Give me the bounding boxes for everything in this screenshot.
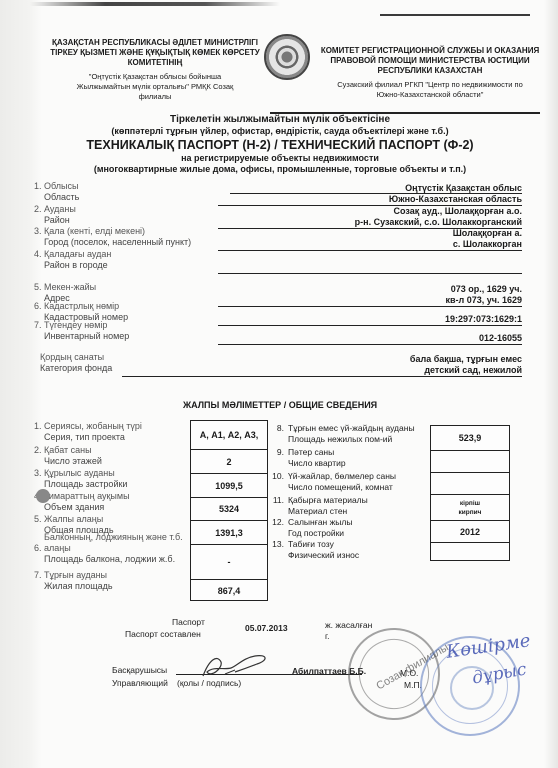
general-field-label-kz: Қабат саны [44,445,92,455]
general-right-label-ru: Число помещений, комнат [270,482,396,493]
general-field-label-kz: Ғимараттың ауқымы [44,491,130,501]
field-label-kz: Түгендеу нөмір [44,320,107,330]
general-value-cell: 5324 [191,498,267,521]
field-label: 4.Қаладағы ауданРайон в городе [34,249,111,271]
general-right-value-cell: 2012 [431,521,509,543]
field-label-ru: Область [44,192,79,202]
general-field-label: 1.Сериясы, жобаның түріСерия, тип проект… [34,421,142,443]
header-right-line1: КОМИТЕТ РЕГИСТРАЦИОННОЙ СЛУЖБЫ И ОКАЗАНИ… [318,46,542,56]
general-right-label-ru: Число квартир [270,458,346,469]
field-number: 6. [34,301,44,312]
field-underline [122,376,522,377]
passport-label-kz: Паспорт [172,617,205,627]
general-right-values-table: 523,9кірпішкирпич2012 [430,425,510,561]
general-field-label: 6.Балконның, лоджияның және т.б. алаңыПл… [34,532,194,565]
general-field-number: 3. [34,468,44,479]
general-right-field-number: 9. [270,447,284,458]
field-value-ru: с. Шолаккорган [262,239,522,250]
general-right-value-cell [431,543,509,562]
general-section-title: ЖАЛПЫ МӘЛІМЕТТЕР / ОБЩИЕ СВЕДЕНИЯ [183,400,377,410]
field-value-ru: 012-16055 [262,333,522,344]
field-underline [230,193,522,194]
field-value-kz: бала бақша, тұрғын емес [262,354,522,365]
general-right-field-label: 13.Табиғи тозуФизический износ [270,539,359,560]
general-right-field-label: 11.Қабырға материалыМатериал стен [270,495,368,516]
header-right: КОМИТЕТ РЕГИСТРАЦИОННОЙ СЛУЖБЫ И ОКАЗАНИ… [318,46,542,100]
field-label: 2.АуданыРайон [34,204,76,226]
field-label-kz: Ауданы [44,204,76,214]
header-left: ҚАЗАҚСТАН РЕСПУБЛИКАСЫ ӘДІЛЕТ МИНИСТРЛІГ… [50,38,260,102]
hole-punch-mark [36,489,50,503]
wall-material-ru: кирпич [459,508,482,517]
field-label-kz: Облысы [44,181,78,191]
general-right-label-ru: Материал стен [270,506,368,517]
general-right-label-kz: Пәтер саны [288,447,334,457]
general-value-cell: 867,4 [191,580,267,602]
wall-material-kz: кірпіш [460,499,480,508]
field-value: бала бақша, тұрғын емесдетский сад, нежи… [262,354,522,376]
general-right-value-cell: кірпішкирпич [431,495,509,521]
manager-label-ru: Управляющий [112,678,168,688]
field-number: 5. [34,282,44,293]
general-field-label-ru: Число этажей [34,456,102,467]
field-value-ru: р-н. Сузакский, с.о. Шолаккорганский [262,217,522,228]
general-right-label-kz: Салынған жылы [288,517,352,527]
field-value: Оңтүстік Қазақстан облысЮжно-Казахстанск… [262,183,522,205]
general-left-values-table: А, А1, А2, А3,21099,553241391,3-867,4 [190,420,268,601]
general-value-cell: 1391,3 [191,521,267,545]
made-label-ru: г. [325,631,329,641]
field-label-kz: Қаладағы аудан [44,249,111,259]
field-label-kz: Кадастрлық нөмір [44,301,119,311]
general-field-label-ru: Серия, тип проекта [34,432,142,443]
general-right-value-cell: 523,9 [431,426,509,451]
general-right-field-label: 12.Салынған жылыГод постройки [270,517,352,538]
header-left-line3: КОМИТЕТІНІҢ [50,58,260,68]
field-label: 7.Түгендеу нөмірИнвентарный номер [34,320,129,342]
field-label-ru: Район в городе [44,260,108,270]
header-right-sub1: Сузакский филиал РГКП "Центр по недвижим… [318,80,542,90]
title-ru-line1: на регистрируемые объекты недвижимости [40,153,520,164]
field-label: Қордың санатыКатегория фонда [40,352,112,374]
header-left-sub3: филиалы [50,92,260,102]
field-value-kz: Созақ ауд., Шолаққорған а.о. [262,206,522,217]
field-value-kz [262,303,522,314]
field-number: 7. [34,320,44,331]
document-title: ТЕХНИКАЛЫҚ ПАСПОРТ (Н-2) / ТЕХНИЧЕСКИЙ П… [40,137,520,153]
general-right-field-number: 8. [270,423,284,434]
field-value: 012-16055 [262,322,522,344]
field-label-ru: Инвентарный номер [44,331,129,341]
general-right-label-ru: Площадь нежилых пом-ий [270,434,415,445]
general-field-number: 5. [34,514,44,525]
general-field-number: 7. [34,570,44,581]
field-value-kz [262,251,522,262]
field-label-kz: Қала (кенті, елді мекені) [44,226,145,236]
general-right-label-ru: Год постройки [270,528,352,539]
general-field-label-kz: Құрылыс ауданы [44,468,115,478]
general-right-value-cell [431,473,509,495]
general-field-label: 3.Құрылыс ауданыПлощадь застройки [34,468,127,490]
general-right-field-label: 8.Тұрғын емес үй-жайдың ауданыПлощадь не… [270,423,415,444]
general-right-value-cell [431,451,509,473]
title-kz-line1: Тіркелетін жылжымайтын мүлік объектісіне [40,113,520,126]
field-underline [218,273,522,274]
general-right-label-kz: Үй-жайлар, бөлмелер саны [288,471,396,481]
page-left-edge-shadow [0,0,42,768]
made-label-kz: ж. жасалған [325,620,372,630]
general-field-label-ru: Объем здания [34,502,130,513]
general-field-label-ru: Площадь балкона, лоджии ж.б. [34,554,194,565]
general-right-label-kz: Табиғи тозу [288,539,334,549]
field-underline [218,344,522,345]
field-value-kz [262,322,522,333]
general-field-label-ru: Площадь застройки [34,479,127,490]
field-number: 4. [34,249,44,260]
title-kz-line2: (көппәтерлі тұрғын үйлер, офистар, өндір… [40,126,520,137]
page-top-edge-line-right [380,14,530,16]
general-right-field-number: 12. [270,517,284,528]
general-right-field-number: 11. [270,495,284,506]
general-right-field-label: 9.Пәтер саныЧисло квартир [270,447,346,468]
general-field-label-kz: Жалпы алаңы [44,514,103,524]
general-field-label: 7.Тұрғын ауданыЖилая площадь [34,570,113,592]
general-field-number: 1. [34,421,44,432]
general-field-number: 6. [34,543,44,554]
general-field-label-kz: Балконның, лоджияның және т.б. алаңы [44,532,194,554]
field-label: 1.ОблысыОбласть [34,181,79,203]
page-right-edge-shadow [544,0,558,768]
kazakhstan-emblem-icon [264,34,310,80]
field-label-ru: Район [44,215,70,225]
field-value: Шолаққорған а.с. Шолаккорган [262,228,522,250]
title-ru-line2: (многоквартирные жилые дома, офисы, пром… [40,164,520,175]
passport-date: 05.07.2013 [245,623,288,633]
manager-label-kz: Басқарушысы [112,665,167,675]
field-number: 2. [34,204,44,215]
general-right-field-label: 10.Үй-жайлар, бөлмелер саныЧисло помещен… [270,471,396,492]
field-label-ru: Город (поселок, населенный пункт) [44,237,191,247]
page-top-edge-line [30,2,280,6]
field-number: 1. [34,181,44,192]
document-page: ҚАЗАҚСТАН РЕСПУБЛИКАСЫ ӘДІЛЕТ МИНИСТРЛІГ… [0,0,558,768]
field-value-kz: 073 ор., 1629 уч. [262,284,522,295]
header-left-line1: ҚАЗАҚСТАН РЕСПУБЛИКАСЫ ӘДІЛЕТ МИНИСТРЛІГ… [50,38,260,48]
field-value-ru: Южно-Казахстанская область [262,194,522,205]
general-right-field-number: 10. [270,471,284,482]
field-number: 3. [34,226,44,237]
field-label-ru: Категория фонда [40,363,112,373]
general-value-cell: 1099,5 [191,474,267,498]
field-label: 3.Қала (кенті, елді мекені)Город (посело… [34,226,191,248]
general-field-label: 2.Қабат саныЧисло этажей [34,445,102,467]
general-value-cell: - [191,545,267,580]
manager-signature-icon [195,650,275,684]
general-value-cell: А, А1, А2, А3, [191,421,267,450]
general-right-label-kz: Қабырға материалы [288,495,368,505]
field-value-ru: детский сад, нежилой [262,365,522,376]
general-right-label-ru: Физический износ [270,550,359,561]
general-value-cell: 2 [191,450,267,474]
passport-label-ru: Паспорт составлен [125,629,201,639]
header-left-sub1: "Оңтүстік Қазақстан облысы бойынша [50,72,260,82]
field-label-kz: Қордың санаты [40,352,104,362]
field-label-kz: Мекен-жайы [44,282,96,292]
general-right-field-number: 13. [270,539,284,550]
header-right-line3: РЕСПУБЛИКИ КАЗАХСТАН [318,66,542,76]
general-field-label-ru: Жилая площадь [34,581,113,592]
general-right-label-kz: Тұрғын емес үй-жайдың ауданы [288,423,415,433]
general-field-label-kz: Сериясы, жобаның түрі [44,421,142,431]
general-field-number: 2. [34,445,44,456]
field-value [262,251,522,262]
title-block: Тіркелетін жылжымайтын мүлік объектісіне… [40,113,520,175]
field-value-kz: Шолаққорған а. [262,228,522,239]
general-field-label-kz: Тұрғын ауданы [44,570,107,580]
header-left-line2: ТІРКЕУ ҚЫЗМЕТІ ЖӘНЕ ҚҰҚЫҚТЫҚ КӨМЕК КӨРСЕ… [50,48,260,58]
header-right-sub2: Южно-Казахстанской области" [318,90,542,100]
header-right-line2: ПРАВОВОЙ ПОМОЩИ МИНИСТЕРСТВА ЮСТИЦИИ [318,56,542,66]
field-value: Созақ ауд., Шолаққорған а.о.р-н. Сузакск… [262,206,522,228]
header-left-sub2: Жылжымайтын мүлік орталығы" РМҚК Созақ [50,82,260,92]
